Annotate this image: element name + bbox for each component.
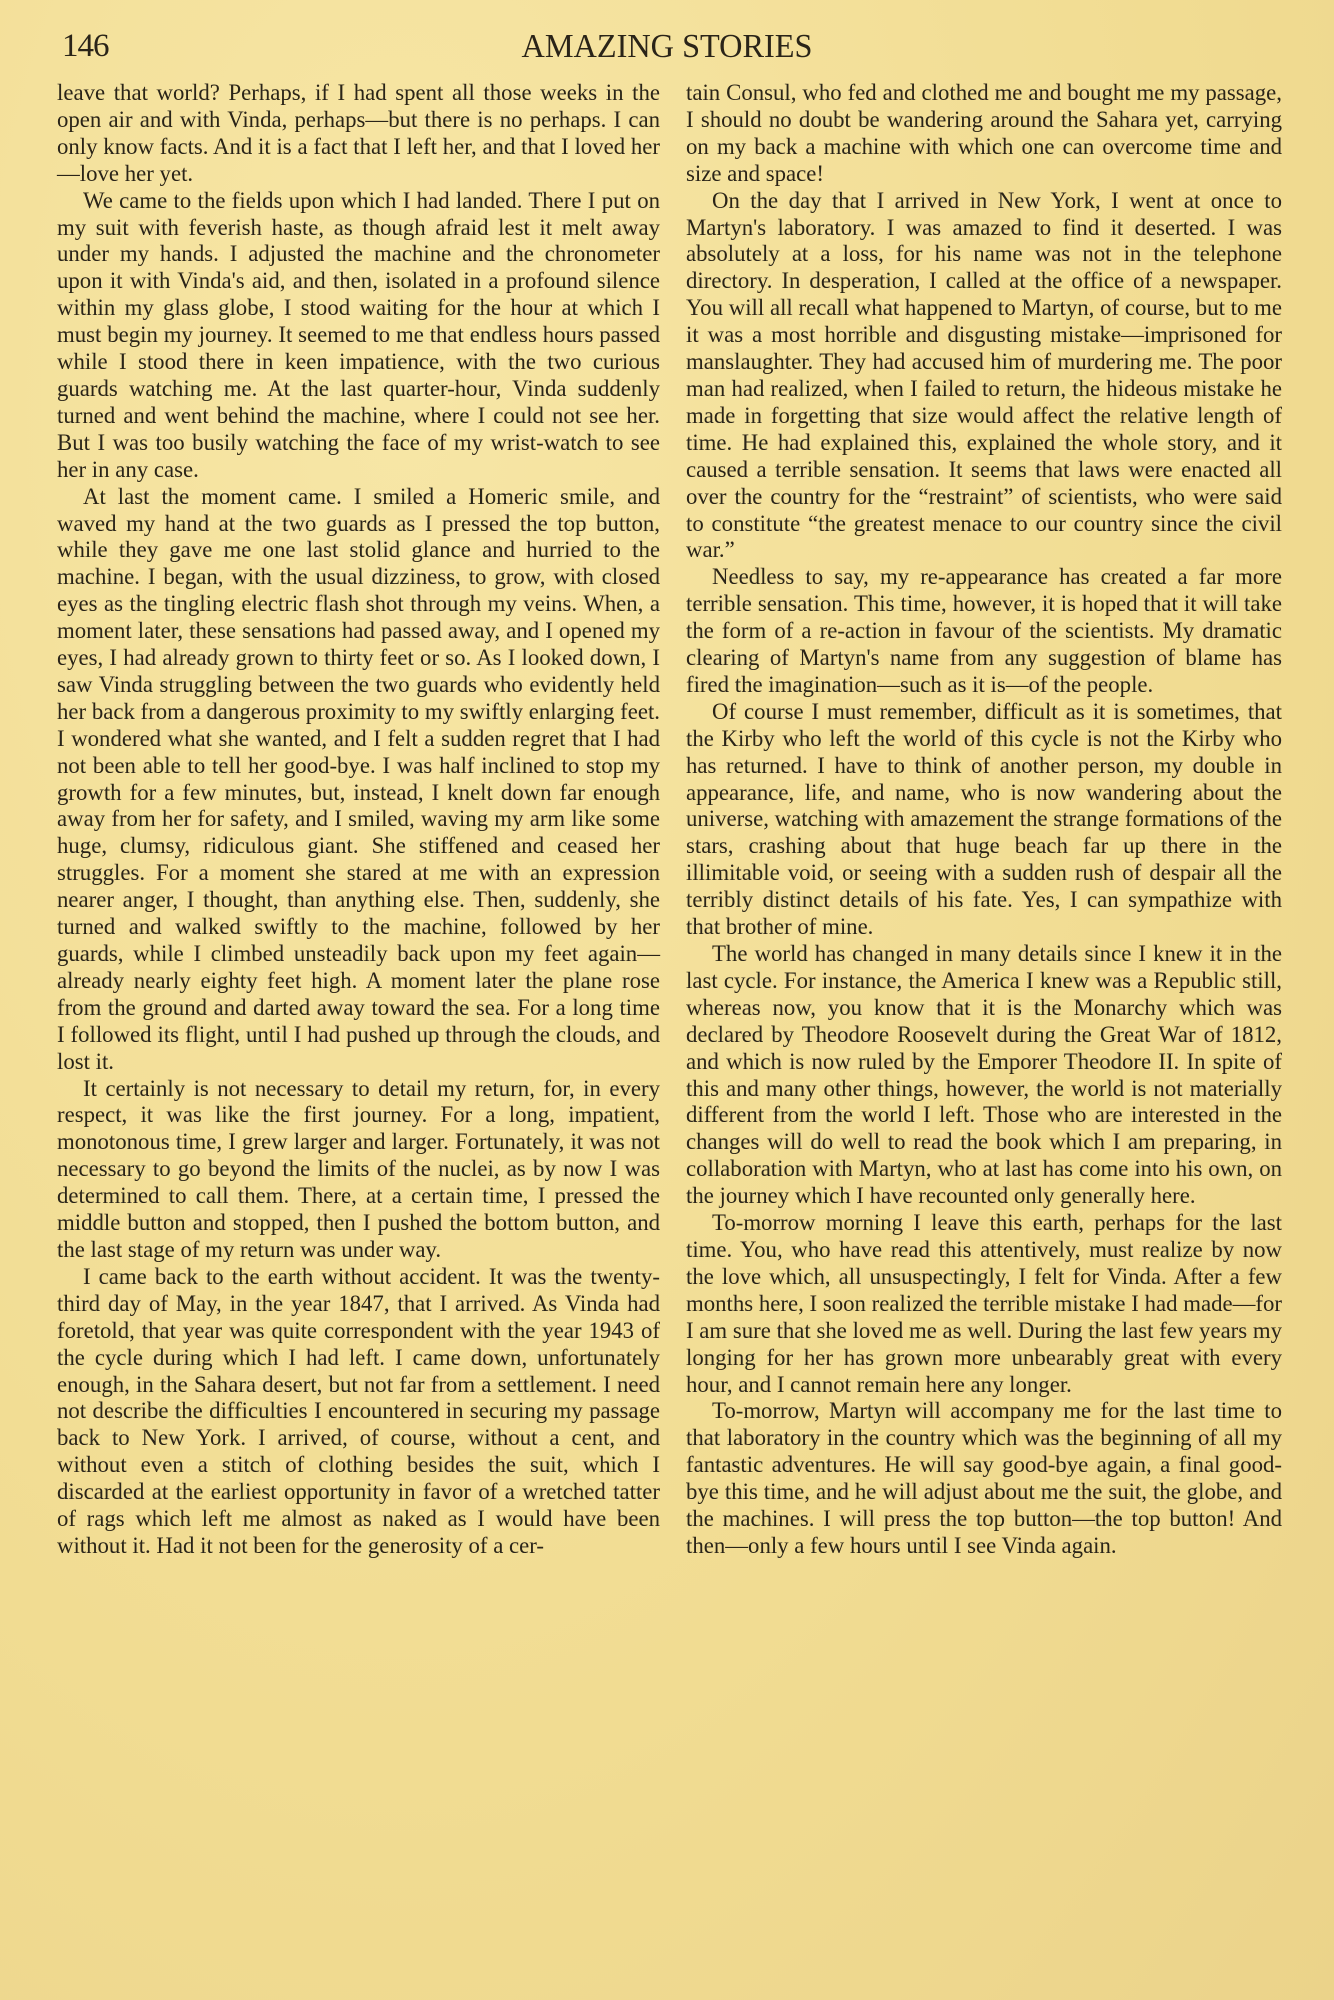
paragraph: It certainly is not necessary to detail … [57,1076,660,1264]
paragraph: Of course I must remember, difficult as … [686,699,1282,941]
paragraph: tain Consul, who fed and clothed me and … [686,80,1282,188]
right-column: tain Consul, who fed and clothed me and … [686,80,1282,1560]
paragraph: Needless to say, my re-appearance has cr… [686,564,1282,699]
paragraph: On the day that I arrived in New York, I… [686,188,1282,565]
paragraph: To-morrow morning I leave this earth, pe… [686,1210,1282,1398]
page-header: 146 AMAZING STORIES [0,26,1334,66]
paragraph: I came back to the earth without acciden… [57,1264,660,1560]
left-column: leave that world? Perhaps, if I had spen… [57,80,660,1560]
paragraph: To-morrow, Martyn will accompany me for … [686,1398,1282,1559]
paragraph: leave that world? Perhaps, if I had spen… [57,80,660,188]
running-title: AMAZING STORIES [33,28,1300,66]
paragraph: The world has changed in many details si… [686,941,1282,1210]
paragraph: At last the moment came. I smiled a Home… [57,484,660,1076]
paragraph: We came to the fields upon which I had l… [57,188,660,484]
